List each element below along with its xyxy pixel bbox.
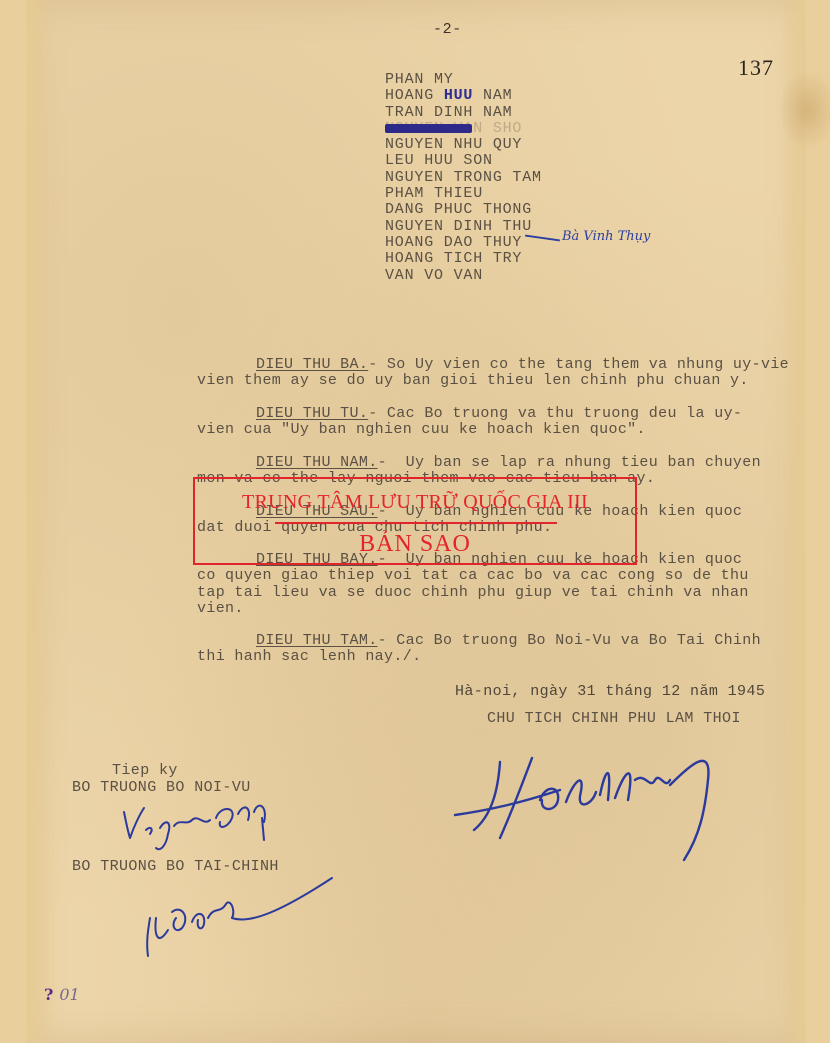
minister-interior-title: BO TRUONG BO NOI-VU: [72, 779, 251, 796]
stamp-copy-label: BẢN SAO: [195, 531, 635, 558]
place-date: Hà-noi, ngày 31 tháng 12 năm 1945: [455, 683, 765, 700]
article-line: - Cac Bo truong Bo Noi-Vu va Bo Tai Chin…: [378, 632, 761, 649]
article-line: co quyen giao thiep voi tat ca cac bo va…: [197, 567, 749, 584]
article-8: DIEU THU TAM.- Cac Bo truong Bo Noi-Vu v…: [197, 633, 807, 666]
ink-correction: HUU: [444, 87, 473, 104]
member-name: TRAN DINH NAM: [385, 105, 542, 121]
member-name: HOANG TICH TRY: [385, 251, 542, 267]
member-name: NGUYEN NHU QUY: [385, 137, 542, 153]
article-line: - So Uy vien co the tang them va nhung u…: [368, 356, 789, 373]
article-line: - Uy ban se lap ra nhung tieu ban chuyen: [378, 454, 761, 471]
member-name: VAN VO VAN: [385, 268, 542, 284]
minister-finance-title: BO TRUONG BO TAI-CHINH: [72, 858, 279, 875]
article-line: thi hanh sac lenh nay./.: [197, 648, 421, 665]
stamp-divider: [275, 522, 557, 524]
name-part: HOANG: [385, 87, 444, 104]
countersign-label: Tiep ky: [112, 762, 178, 779]
archive-copy-stamp: TRUNG TÂM LƯU TRỮ QUỐC GIA III BẢN SAO: [193, 477, 637, 565]
article-3: DIEU THU BA.- So Uy vien co the tang the…: [197, 357, 807, 390]
article-line: vien them ay se do uy ban gioi thieu len…: [197, 372, 749, 389]
article-line: vien cua "Uy ban nghien cuu ke hoach kie…: [197, 421, 646, 438]
handwritten-annotation: Bà Vinh Thụy: [562, 229, 650, 244]
page-edge-shadow-left: [26, 0, 56, 1043]
member-name: HOANG DAO THUY: [385, 235, 542, 251]
paper-stain: [778, 70, 830, 150]
article-line: vien.: [197, 600, 244, 617]
member-name: DANG PHUC THONG: [385, 202, 542, 218]
folio-number: 137: [738, 55, 774, 81]
margin-archival-note: ?01: [44, 985, 80, 1004]
member-name: PHAM THIEU: [385, 186, 542, 202]
article-line: - Cac Bo truong va thu truong deu la uy-: [368, 405, 742, 422]
ink-strikethrough: [385, 124, 472, 133]
page-marker: -2-: [433, 22, 462, 38]
margin-mark: ?: [44, 985, 53, 1004]
article-line: tap tai lieu va se duoc chinh phu giup v…: [197, 584, 749, 601]
article-heading: DIEU THU TU.: [197, 405, 368, 422]
member-name: LEU HUU SON: [385, 153, 542, 169]
article-heading: DIEU THU TAM.: [197, 632, 378, 649]
stamp-archive-name: TRUNG TÂM LƯU TRỮ QUỐC GIA III: [195, 491, 635, 514]
member-name-struck-out: NGUYEN VAN SHO: [385, 121, 542, 137]
name-part: NAM: [473, 87, 512, 104]
member-name: NGUYEN TRONG TAM: [385, 170, 542, 186]
article-4: DIEU THU TU.- Cac Bo truong va thu truon…: [197, 406, 807, 439]
margin-note-number: 01: [59, 985, 79, 1004]
member-name: NGUYEN DINH THU: [385, 219, 542, 235]
member-name-corrected: HOANG HUU NAM: [385, 88, 542, 104]
signatory-title: CHU TICH CHINH PHU LAM THOI: [487, 710, 741, 727]
member-name: PHAN MY: [385, 72, 542, 88]
article-heading: DIEU THU NAM.: [197, 454, 378, 471]
article-heading: DIEU THU BA.: [197, 356, 368, 373]
members-list: PHAN MY HOANG HUU NAM TRAN DINH NAM NGUY…: [385, 72, 542, 284]
